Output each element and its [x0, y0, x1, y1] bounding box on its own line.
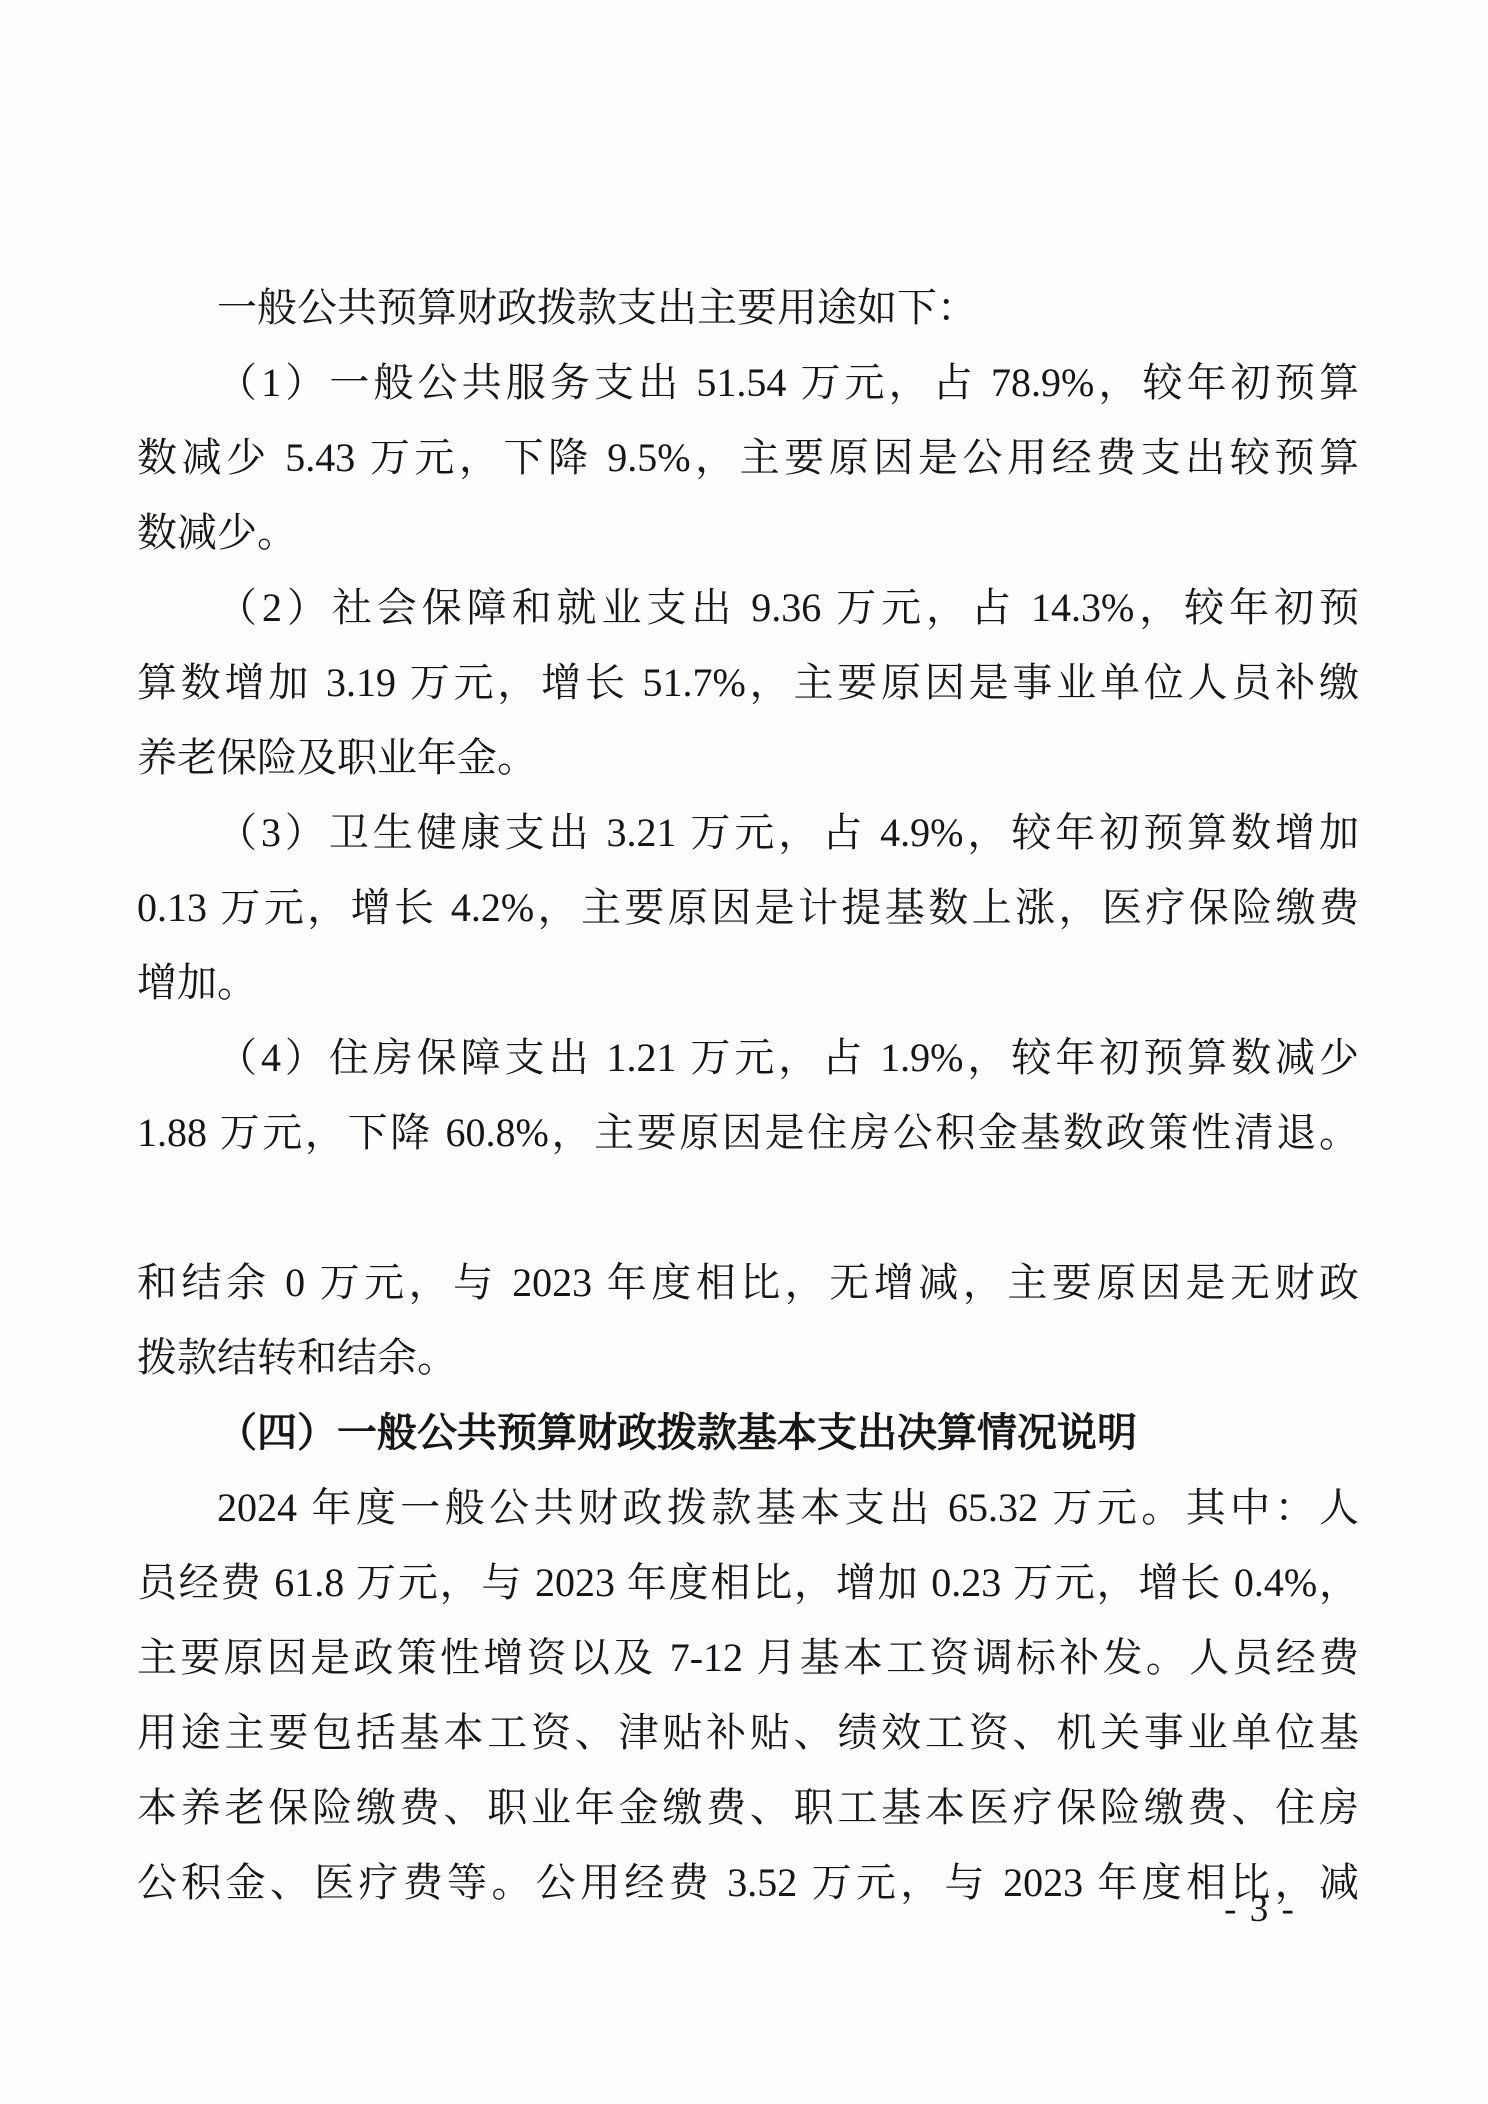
text-line: 数减少 5.43 万元，下降 9.5%，主要原因是公用经费支出较预算 — [137, 420, 1359, 495]
text-line: 增加。 — [137, 945, 1359, 1020]
text-line: 拨款结转和结余。 — [137, 1320, 1359, 1395]
text-line: 2024 年度一般公共财政拨款基本支出 65.32 万元。其中：人 — [137, 1470, 1359, 1545]
page-number: - 3 - — [1170, 1886, 1350, 1934]
text-line: 员经费 61.8 万元，与 2023 年度相比，增加 0.23 万元，增长 0.… — [137, 1545, 1359, 1620]
text-line: （4）住房保障支出 1.21 万元，占 1.9%，较年初预算数减少 — [137, 1020, 1359, 1095]
text-line: （3）卫生健康支出 3.21 万元，占 4.9%，较年初预算数增加 — [137, 795, 1359, 870]
text-line: 用途主要包括基本工资、津贴补贴、绩效工资、机关事业单位基 — [137, 1695, 1359, 1770]
text-line: 主要原因是政策性增资以及 7-12 月基本工资调标补发。人员经费 — [137, 1620, 1359, 1695]
text-line: 和结余 0 万元，与 2023 年度相比，无增减，主要原因是无财政 — [137, 1245, 1359, 1320]
text-line: 3.结转结余情况。2024 年度年末一般公共预算财政拨款结转 — [137, 1170, 1359, 1245]
text-line: 养老保险及职业年金。 — [137, 720, 1359, 795]
text-line: 一般公共预算财政拨款支出主要用途如下： — [137, 270, 1359, 345]
document-page: 一般公共预算财政拨款支出主要用途如下： （1）一般公共服务支出 51.54 万元… — [0, 0, 1488, 2104]
text-line: 数减少。 — [137, 495, 1359, 570]
text-line: （2）社会保障和就业支出 9.36 万元，占 14.3%，较年初预 — [137, 570, 1359, 645]
text-line: 本养老保险缴费、职业年金缴费、职工基本医疗保险缴费、住房 — [137, 1770, 1359, 1845]
text-line: 1.88 万元，下降 60.8%，主要原因是住房公积金基数政策性清退。 — [137, 1095, 1359, 1170]
section-heading: （四）一般公共预算财政拨款基本支出决算情况说明 — [137, 1395, 1359, 1470]
text-block: 一般公共预算财政拨款支出主要用途如下： （1）一般公共服务支出 51.54 万元… — [137, 270, 1359, 1920]
text-line: 算数增加 3.19 万元，增长 51.7%，主要原因是事业单位人员补缴 — [137, 645, 1359, 720]
text-line: 0.13 万元，增长 4.2%，主要原因是计提基数上涨，医疗保险缴费 — [137, 870, 1359, 945]
text-line: （1）一般公共服务支出 51.54 万元，占 78.9%，较年初预算 — [137, 345, 1359, 420]
